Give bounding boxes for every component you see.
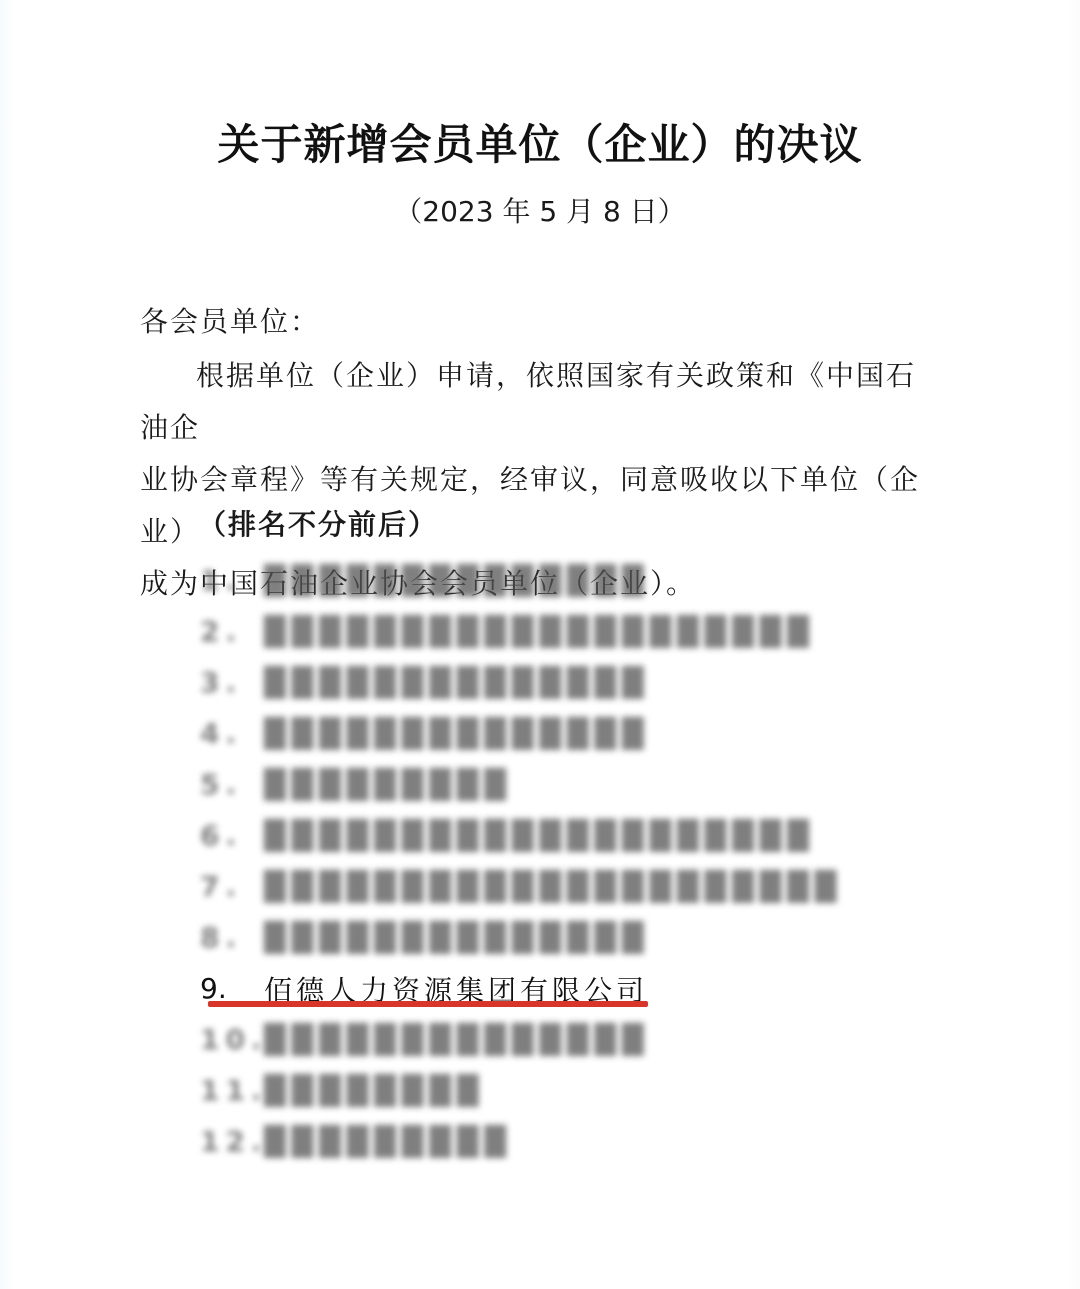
member-item-redacted: 7.█████████████████████ — [200, 861, 842, 912]
member-item-redacted: 2.████████████████████ — [200, 606, 842, 657]
item-number: 3. — [200, 666, 264, 699]
member-item-redacted: 10.██████████████ — [200, 1014, 842, 1065]
item-name-redacted: ██████████████ — [264, 1023, 649, 1056]
item-name-redacted: ████████████████████ — [264, 819, 815, 852]
item-name-redacted: █████████ — [264, 768, 512, 801]
item-name-redacted: █████████████████████ — [264, 870, 842, 903]
item-name-redacted: ██████████████ — [264, 717, 649, 750]
item-name-redacted: ██████████████ — [264, 564, 649, 597]
document-date: （2023 年 5 月 8 日） — [0, 190, 1080, 230]
item-number: 11. — [200, 1074, 264, 1107]
member-item-redacted: 8.██████████████ — [200, 912, 842, 963]
item-number: 4. — [200, 717, 264, 750]
item-number: 12. — [200, 1125, 264, 1158]
ordering-note: （排名不分前后） — [198, 503, 438, 543]
member-item-redacted: 6.████████████████████ — [200, 810, 842, 861]
member-item-redacted: 11.████████ — [200, 1065, 842, 1116]
red-underline-highlight — [208, 1001, 648, 1007]
item-name-redacted: ██████████████ — [264, 666, 649, 699]
salutation: 各会员单位： — [140, 300, 320, 340]
member-item-redacted: 1.██████████████ — [200, 555, 842, 606]
item-number: 10. — [200, 1023, 264, 1056]
item-number: 5. — [200, 768, 264, 801]
member-item-redacted: 4.██████████████ — [200, 708, 842, 759]
document-title: 关于新增会员单位（企业）的决议 — [0, 112, 1080, 172]
item-name-redacted: ██████████████ — [264, 921, 649, 954]
item-number: 6. — [200, 819, 264, 852]
body-line: 根据单位（企业）申请，依照国家有关政策和《中国石油企 — [140, 350, 945, 454]
member-item-redacted: 12.█████████ — [200, 1116, 842, 1167]
item-number: 2. — [200, 615, 264, 648]
member-item-redacted: 5.█████████ — [200, 759, 842, 810]
item-number: 8. — [200, 921, 264, 954]
document-page: 关于新增会员单位（企业）的决议 （2023 年 5 月 8 日） 各会员单位： … — [0, 0, 1080, 1289]
member-item-redacted: 3.██████████████ — [200, 657, 842, 708]
item-number: 7. — [200, 870, 264, 903]
item-name-redacted: █████████ — [264, 1125, 512, 1158]
member-list: 1.██████████████ 2.████████████████████ … — [200, 555, 842, 1167]
item-number: 1. — [200, 564, 264, 597]
item-name-redacted: ████████████████████ — [264, 615, 815, 648]
item-name-redacted: ████████ — [264, 1074, 484, 1107]
